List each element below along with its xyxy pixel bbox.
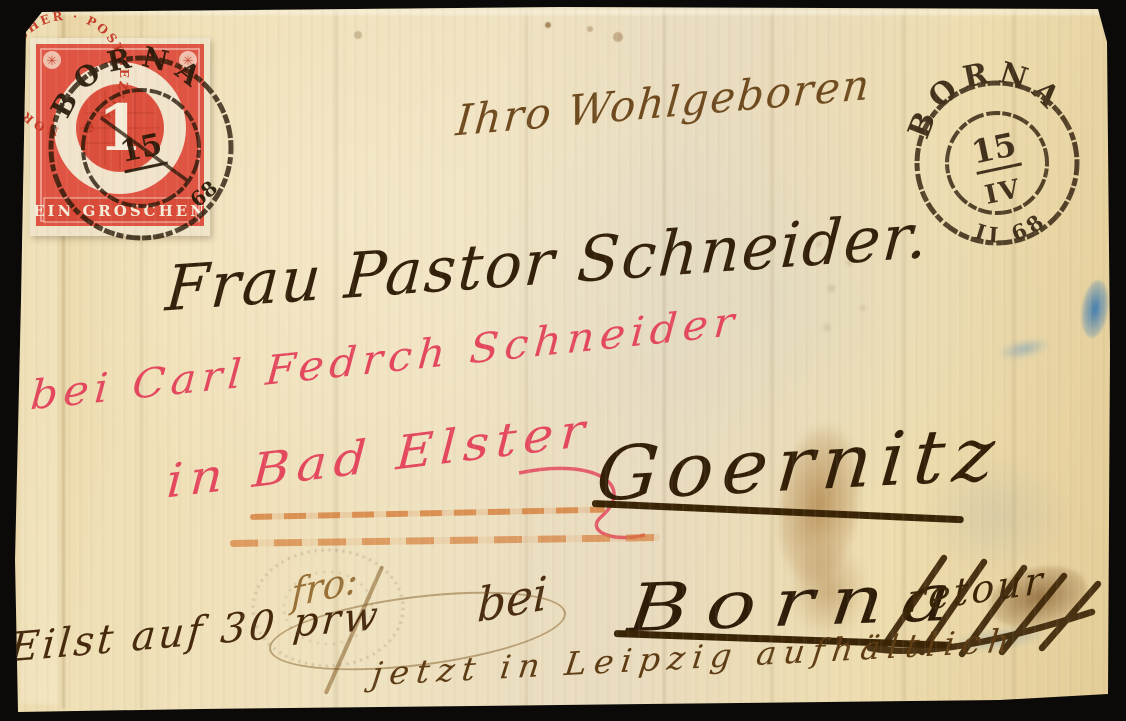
stamp-value-text: EIN GROSCHEN bbox=[33, 202, 207, 220]
rosette-star: ✳ bbox=[183, 54, 194, 69]
grey-tint-patch bbox=[920, 455, 1070, 575]
forwarding-name-red-ink: bei Carl Fedrch Schneider bbox=[29, 302, 741, 417]
faint-ghost-postmark bbox=[238, 538, 418, 678]
cross-strokes bbox=[870, 558, 1098, 654]
strikethrough-line bbox=[614, 630, 952, 649]
water-stain bbox=[788, 540, 868, 640]
envelope: ✳ ✳ NORDDEUTSCHER · POSTBEZIRK ✠ 1 EIN G… bbox=[0, 0, 1126, 721]
fold-line bbox=[770, 10, 773, 709]
ghost-ring-inner bbox=[284, 572, 372, 644]
stamp-paper-margin bbox=[30, 38, 210, 236]
crossed-out-town: Borna bbox=[625, 564, 971, 642]
cancel-inner-ring bbox=[72, 79, 210, 217]
postmark-on-stamp: BORNA 15 68 bbox=[28, 40, 258, 270]
stamp-numeral: 1 bbox=[98, 91, 143, 166]
cds-month: IV bbox=[982, 174, 1024, 211]
paper-edge-highlight bbox=[20, 14, 58, 704]
preposition-bei: bei bbox=[476, 570, 548, 629]
ghost-ring-outer bbox=[253, 550, 403, 666]
stamp-corner-rosettes: ✳ ✳ bbox=[43, 51, 197, 69]
cancel-year: 68 bbox=[185, 176, 222, 212]
pen-flourish-loop bbox=[265, 578, 570, 684]
addressee-line: Frau Pastor Schneider. bbox=[164, 205, 932, 321]
cds-day: 15 bbox=[968, 125, 1019, 171]
postage-stamp: ✳ ✳ NORDDEUTSCHER · POSTBEZIRK ✠ 1 EIN G… bbox=[30, 38, 210, 236]
franco-notation: fro: bbox=[291, 560, 359, 613]
rate-note-underline bbox=[0, 0, 225, 10]
pen-flourish-stroke bbox=[324, 565, 385, 695]
cancel-group: BORNA 15 68 bbox=[31, 25, 248, 255]
cds-group: BORNA 15 IV II 68 bbox=[890, 40, 1099, 264]
fold-line bbox=[525, 10, 528, 709]
rosette bbox=[43, 51, 61, 69]
blue-ink-smudge bbox=[1078, 278, 1112, 339]
cancel-town: BORNA bbox=[34, 25, 217, 128]
fold-line bbox=[1012, 10, 1015, 709]
cancel-slash bbox=[101, 103, 188, 196]
strikethrough-line bbox=[592, 500, 964, 523]
forwarding-place-red-ink: in Bad Elster bbox=[166, 406, 593, 505]
salutation-line: Ihro Wohlgeboren bbox=[454, 64, 872, 143]
swash-path bbox=[519, 468, 645, 537]
stamp-red-field bbox=[36, 44, 204, 226]
stamp-band-inscription: NORDDEUTSCHER · POSTBEZIRK ✠ bbox=[1, 9, 131, 139]
blue-pencil-arc bbox=[951, 622, 1048, 655]
rosette bbox=[179, 51, 197, 69]
cancel-day: 15 bbox=[117, 127, 165, 170]
cds-town: BORNA bbox=[890, 40, 1075, 149]
fold-line bbox=[902, 10, 905, 709]
redirect-note: jetzt in Leipzig aufhältlich bbox=[370, 624, 1018, 690]
crossed-out-scribble: retour bbox=[907, 561, 1046, 619]
stamp-center-hatch bbox=[80, 86, 160, 170]
photo-of-postal-cover: ✳ ✳ NORDDEUTSCHER · POSTBEZIRK ✠ 1 EIN G… bbox=[0, 0, 1126, 721]
ghost-ink-speckle bbox=[800, 230, 890, 360]
scribble-cross-strokes bbox=[866, 550, 1116, 662]
stamp-inner-frame bbox=[41, 49, 199, 221]
paper-edge-highlight bbox=[26, 9, 1101, 15]
manuscript-rate-note: Eilst auf 30 prw bbox=[8, 596, 382, 669]
fold-line bbox=[663, 10, 666, 709]
fold-line bbox=[140, 10, 143, 709]
ink-blot bbox=[982, 557, 1093, 637]
fold-line bbox=[62, 10, 65, 709]
fold-line bbox=[335, 10, 338, 709]
cds-borna-right: BORNA 15 IV II 68 bbox=[905, 75, 1090, 260]
cds-inner-ring bbox=[938, 104, 1057, 223]
water-stain bbox=[738, 405, 893, 651]
foxing-spots bbox=[545, 22, 551, 28]
red-ink-swash bbox=[505, 455, 655, 555]
orange-crayon-stroke bbox=[230, 534, 660, 547]
crossed-out-destination: Goernitz bbox=[593, 417, 1005, 513]
stamp-center-disc bbox=[77, 85, 163, 171]
stamp-white-band bbox=[65, 73, 175, 183]
orange-crayon-stroke bbox=[250, 507, 605, 520]
cds-outer-ring bbox=[902, 68, 1092, 258]
rosette-star: ✳ bbox=[47, 54, 58, 69]
blue-ink-smudge bbox=[997, 335, 1052, 363]
cancel-outer-ring bbox=[34, 41, 247, 254]
stamp-value-banner bbox=[44, 198, 196, 222]
cancel-date-line bbox=[125, 163, 168, 172]
cds-date-line bbox=[977, 164, 1022, 174]
cds-bottom-text: II 68 bbox=[968, 204, 1055, 255]
